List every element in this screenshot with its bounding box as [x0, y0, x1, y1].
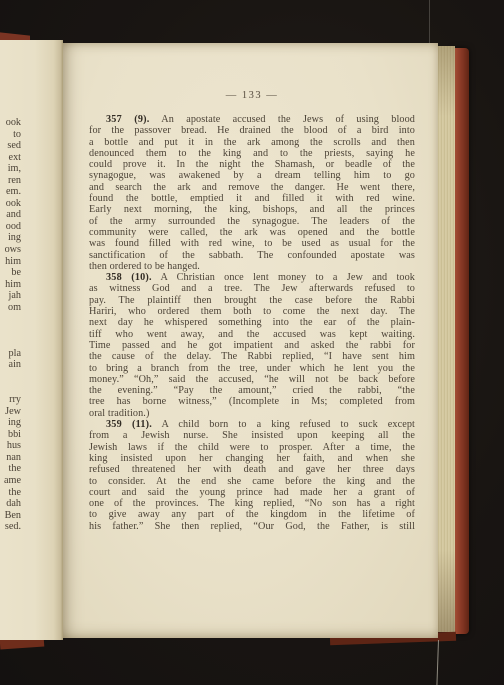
- left-page-text-fragment: [0, 325, 21, 337]
- text-line: oral tradition.): [89, 408, 415, 419]
- left-page-text-fragment: ing: [0, 232, 21, 244]
- left-page-text-fragment: pla: [0, 348, 21, 360]
- left-page-text-fragment: [0, 383, 21, 395]
- text-line: court and said the young prince had made…: [89, 487, 415, 498]
- left-page-text-fragment: nan: [0, 452, 21, 464]
- left-page-text-fragment: ext: [0, 152, 21, 164]
- text-line: king insisted upon her changing her fait…: [89, 453, 415, 464]
- bookmark-thread-bottom: [436, 640, 439, 685]
- left-page-text-fragment: ows: [0, 244, 21, 256]
- facing-page-edge: ooktosedextim,renem.ookandoodingowshimbe…: [0, 40, 63, 640]
- left-page-text-fragment: [0, 336, 21, 348]
- text-line: 358 (10). A Christian once lent money to…: [89, 272, 415, 283]
- left-page-fragments: ooktosedextim,renem.ookandoodingowshimbe…: [0, 117, 21, 533]
- text-line: Early next morning, the king, bishops, a…: [89, 204, 415, 215]
- text-line: sanctification of the sabbath. The confo…: [89, 250, 415, 261]
- text-line: tree has borne witness,” (Incomplete in …: [89, 396, 415, 407]
- text-line: the evening.” “Pay the amount,” cried th…: [89, 385, 415, 396]
- left-page-text-fragment: ook: [0, 117, 21, 129]
- text-line: Hariri, who ordered them both to come th…: [89, 306, 415, 317]
- text-line: 357 (9). An apostate accused the Jews of…: [89, 114, 415, 125]
- left-page-text-fragment: [0, 371, 21, 383]
- text-line: found the bottle, emptied it and filled …: [89, 193, 415, 204]
- left-page-text-fragment: Ben: [0, 510, 21, 522]
- left-page-text-fragment: and: [0, 209, 21, 221]
- left-page-text-fragment: dah: [0, 498, 21, 510]
- left-page-text-fragment: sed: [0, 140, 21, 152]
- book-page: — 133 — 357 (9). An apostate accused the…: [63, 43, 438, 638]
- left-page-text-fragment: to: [0, 129, 21, 141]
- text-line: pay. The plaintiff then brought the case…: [89, 295, 415, 306]
- text-line: Time passed and he got impatient and ask…: [89, 340, 415, 351]
- text-line: refused threatened her with death and ga…: [89, 464, 415, 475]
- text-line: 359 (11). A child born to a king refused…: [89, 419, 415, 430]
- text-line: for the passover bread. He drained the b…: [89, 125, 415, 136]
- left-page-text-fragment: em.: [0, 186, 21, 198]
- text-line: denounced them to the king and to the pr…: [89, 148, 415, 159]
- bookmark-thread-top: [429, 0, 430, 44]
- text-line: tiff who went away, and the accused was …: [89, 329, 415, 340]
- text-line: to consider. At the end she came before …: [89, 476, 415, 487]
- left-page-text-fragment: im,: [0, 163, 21, 175]
- left-page-text-fragment: rry: [0, 394, 21, 406]
- text-line: synagogue, was awakened by a dream telli…: [89, 170, 415, 181]
- text-line: the cause of the delay. The Rabbi replie…: [89, 351, 415, 362]
- left-page-text-fragment: jah: [0, 290, 21, 302]
- left-page-text-fragment: ing: [0, 417, 21, 429]
- left-page-text-fragment: him: [0, 279, 21, 291]
- left-page-text-fragment: ame: [0, 475, 21, 487]
- book-photo: ooktosedextim,renem.ookandoodingowshimbe…: [0, 0, 504, 685]
- text-line: from a Jewish nurse. She insisted upon k…: [89, 430, 415, 441]
- paragraph-number: 358 (10).: [106, 272, 152, 283]
- left-page-text-fragment: hus: [0, 440, 21, 452]
- text-line: then ordered to be hanged.: [89, 261, 415, 272]
- text-line: Jewish laws if the child were to prosper…: [89, 442, 415, 453]
- text-line: as witness God and a tree. The Jew after…: [89, 283, 415, 294]
- paragraph-number: 359 (11).: [106, 419, 152, 430]
- left-page-text-fragment: ren: [0, 175, 21, 187]
- page-number-header: — 133 —: [89, 90, 415, 101]
- text-line: one of the provinces. The king replied, …: [89, 498, 415, 509]
- text-line: money.” “Oh,” said the accused, “he will…: [89, 374, 415, 385]
- left-page-text-fragment: him: [0, 256, 21, 268]
- left-page-text-fragment: be: [0, 267, 21, 279]
- text-line: to give away any part of the kingdom in …: [89, 509, 415, 520]
- text-line: to bring a branch from the tree, under w…: [89, 363, 415, 374]
- text-line: a bottle and put it in the ark among the…: [89, 137, 415, 148]
- paragraph-number: 357 (9).: [106, 114, 150, 125]
- page-edge-stack: [436, 46, 455, 632]
- text-block: 357 (9). An apostate accused the Jews of…: [89, 114, 415, 532]
- text-line: was found filled with red wine, to be us…: [89, 238, 415, 249]
- left-page-text-fragment: sed.: [0, 521, 21, 533]
- left-page-text-fragment: Jew: [0, 406, 21, 418]
- left-page-text-fragment: ood: [0, 221, 21, 233]
- left-page-text-fragment: ain: [0, 359, 21, 371]
- text-line: next day he whispered something into the…: [89, 317, 415, 328]
- left-page-text-fragment: om: [0, 302, 21, 314]
- text-line: could prove it. In the night the Shamash…: [89, 159, 415, 170]
- left-page-text-fragment: ook: [0, 198, 21, 210]
- left-page-text-fragment: the: [0, 487, 21, 499]
- text-line: his father.” She then replied, “Our God,…: [89, 521, 415, 532]
- left-page-text-fragment: the: [0, 463, 21, 475]
- left-page-text-fragment: bbi: [0, 429, 21, 441]
- left-page-text-fragment: [0, 313, 21, 325]
- text-line: of the army surrounded the synagogue. Th…: [89, 216, 415, 227]
- text-line: community were called, the ark was opene…: [89, 227, 415, 238]
- text-line: and search the ark and remove the danger…: [89, 182, 415, 193]
